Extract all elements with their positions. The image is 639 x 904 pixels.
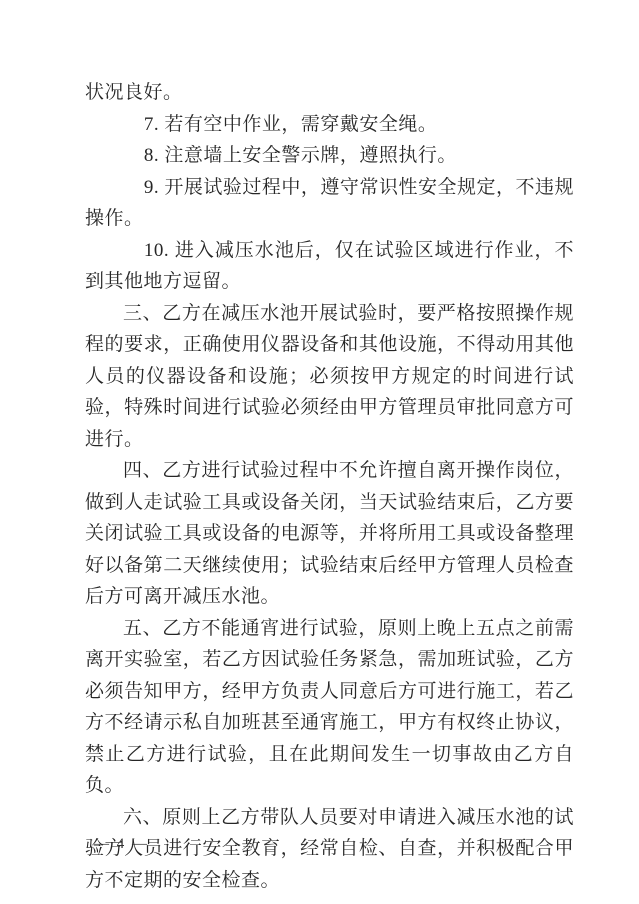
continuation-text: 状况良好。 [85, 77, 574, 109]
safety-item-9: 9. 开展试验过程中，遵守常识性安全规定，不违规操作。 [85, 172, 574, 235]
document-page: 状况良好。 7. 若有空中作业，需穿戴安全绳。 8. 注意墙上安全警示牌，遵照执… [0, 0, 639, 904]
clause-4: 四、乙方进行试验过程中不允许擅自离开操作岗位，做到人走试验工具或设备关闭，当天试… [85, 455, 574, 613]
clause-5: 五、乙方不能通宵进行试验，原则上晚上五点之前需离开实验室，若乙方因试验任务紧急，… [85, 613, 574, 802]
clause-6: 六、原则上乙方带队人员要对申请进入减压水池的试验方人员进行安全教育，经常自检、自… [85, 802, 574, 897]
safety-item-7: 7. 若有空中作业，需穿戴安全绳。 [85, 109, 574, 141]
safety-item-10: 10. 进入减压水池后，仅在试验区域进行作业，不到其他地方逗留。 [85, 235, 574, 298]
document-body-text: 状况良好。 7. 若有空中作业，需穿戴安全绳。 8. 注意墙上安全警示牌，遵照执… [85, 77, 574, 896]
clause-3: 三、乙方在减压水池开展试验时，要严格按照操作规程的要求，正确使用仪器设备和其他设… [85, 298, 574, 456]
page-number: — 4 — [94, 834, 149, 854]
safety-item-8: 8. 注意墙上安全警示牌，遵照执行。 [85, 140, 574, 172]
